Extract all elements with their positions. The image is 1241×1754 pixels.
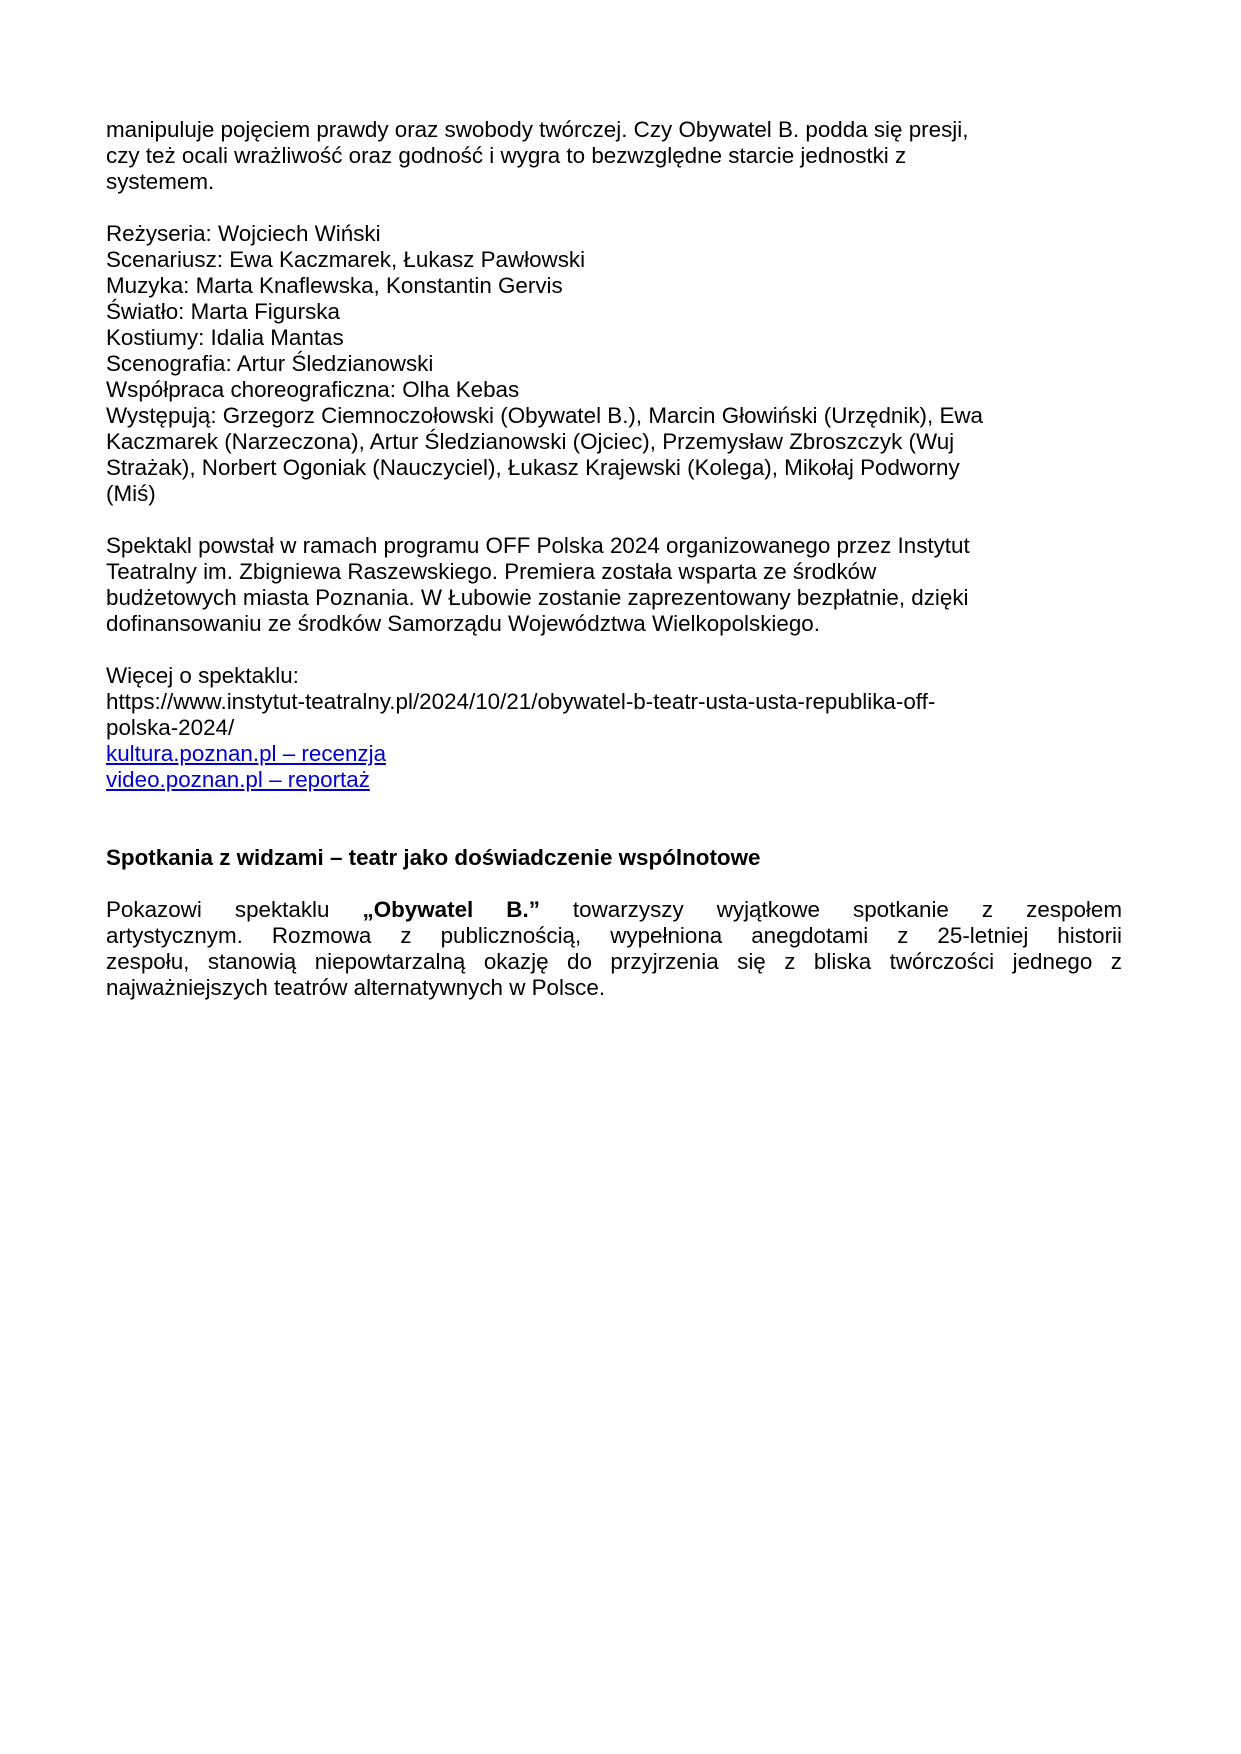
instytut-url-text: polska-2024/ — [106, 715, 1122, 741]
text-line: dofinansowaniu ze środków Samorządu Woje… — [106, 611, 1122, 637]
text-line: Spektakl powstał w ramach programu OFF P… — [106, 533, 1122, 559]
funding-paragraph: Spektakl powstał w ramach programu OFF P… — [106, 533, 1122, 637]
text-line: budżetowych miasta Poznania. W Łubowie z… — [106, 585, 1122, 611]
cast-line: Kaczmarek (Narzeczona), Artur Śledzianow… — [106, 429, 1122, 455]
text-line: Teatralny im. Zbigniewa Raszewskiego. Pr… — [106, 559, 1122, 585]
credit-scenography: Scenografia: Artur Śledzianowski — [106, 351, 1122, 377]
cast-line: Występują: Grzegorz Ciemnoczołowski (Oby… — [106, 403, 1122, 429]
more-info-block: Więcej o spektaklu: https://www.instytut… — [106, 663, 1122, 793]
text-fragment: Pokazowi spektaklu — [106, 897, 363, 922]
text-line: czy też ocali wrażliwość oraz godność i … — [106, 143, 1122, 169]
more-info-label: Więcej o spektaklu: — [106, 663, 1122, 689]
credit-music: Muzyka: Marta Knaflewska, Konstantin Ger… — [106, 273, 1122, 299]
cast-line: Strażak), Norbert Ogoniak (Nauczyciel), … — [106, 455, 1122, 481]
credit-choreography: Współpraca choreograficzna: Olha Kebas — [106, 377, 1122, 403]
kultura-review-link[interactable]: kultura.poznan.pl – recenzja — [106, 741, 1122, 767]
text-line: artystycznym. Rozmowa z publicznością, w… — [106, 923, 1122, 949]
credit-direction: Reżyseria: Wojciech Wiński — [106, 221, 1122, 247]
instytut-url-text: https://www.instytut-teatralny.pl/2024/1… — [106, 689, 1122, 715]
text-line: Pokazowi spektaklu „Obywatel B.” towarzy… — [106, 897, 1122, 923]
text-line: najważniejszych teatrów alternatywnych w… — [106, 975, 1122, 1001]
meeting-paragraph: Pokazowi spektaklu „Obywatel B.” towarzy… — [106, 897, 1122, 1001]
section-heading: Spotkania z widzami – teatr jako doświad… — [106, 845, 1122, 871]
text-line: manipuluje pojęciem prawdy oraz swobody … — [106, 117, 1122, 143]
text-line: systemem. — [106, 169, 1122, 195]
spacer — [106, 507, 1122, 533]
cast-line: (Miś) — [106, 481, 1122, 507]
text-fragment: towarzyszy wyjątkowe spotkanie z zespołe… — [540, 897, 1122, 922]
credit-script: Scenariusz: Ewa Kaczmarek, Łukasz Pawłow… — [106, 247, 1122, 273]
spacer — [106, 793, 1122, 845]
spacer — [106, 195, 1122, 221]
intro-paragraph: manipuluje pojęciem prawdy oraz swobody … — [106, 117, 1122, 195]
credits-list: Reżyseria: Wojciech Wiński Scenariusz: E… — [106, 221, 1122, 507]
credit-lighting: Światło: Marta Figurska — [106, 299, 1122, 325]
text-line: zespołu, stanowią niepowtarzalną okazję … — [106, 949, 1122, 975]
video-report-link[interactable]: video.poznan.pl – reportaż — [106, 767, 1122, 793]
spacer — [106, 637, 1122, 663]
show-title-bold: „Obywatel B.” — [363, 897, 540, 922]
spacer — [106, 871, 1122, 897]
credit-costumes: Kostiumy: Idalia Mantas — [106, 325, 1122, 351]
document-page: manipuluje pojęciem prawdy oraz swobody … — [106, 117, 1122, 1001]
